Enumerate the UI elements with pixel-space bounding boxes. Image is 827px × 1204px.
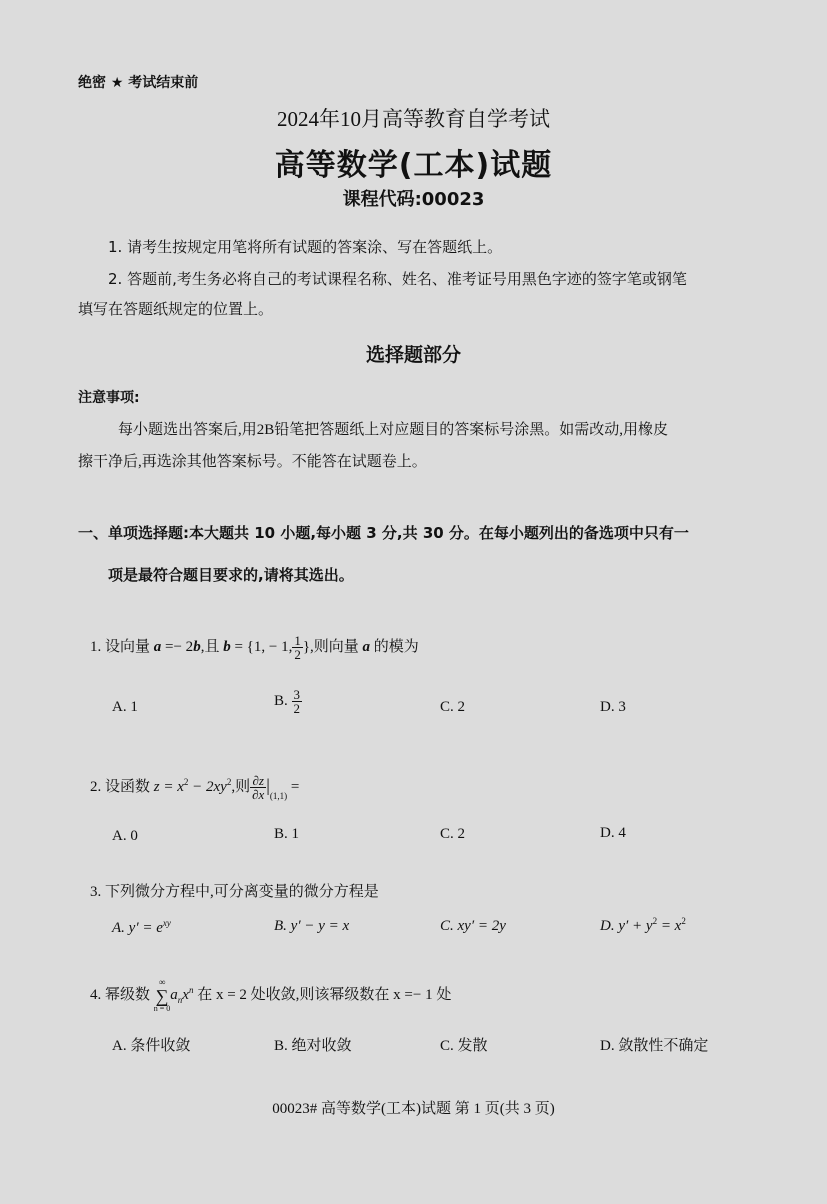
question-number: 4.	[90, 987, 101, 1003]
instruction-2-cont: 填写在答题纸规定的位置上。	[78, 298, 273, 319]
question-number: 3.	[90, 884, 101, 900]
partial-derivative: ∂z∂x	[250, 774, 266, 801]
exam-title: 2024年10月高等教育自学考试	[0, 103, 827, 133]
fraction: 12	[292, 634, 303, 661]
section-title: 选择题部分	[0, 340, 827, 367]
page-footer: 00023# 高等数学(工本)试题 第 1 页(共 3 页)	[0, 1097, 827, 1118]
question-1: 1. 设向量 a =− 2b,且 b = {1, − 1,12},则向量 a 的…	[90, 634, 419, 661]
q1-option-c: C. 2	[440, 699, 465, 716]
question-4: 4. 幂级数 ∞∑n = 0anxn 在 x = 2 处收敛,则该幂级数在 x …	[90, 978, 451, 1013]
fraction: 32	[292, 688, 303, 715]
q4-option-b: B. 绝对收敛	[274, 1034, 352, 1055]
q2-option-b: B. 1	[274, 826, 299, 843]
question-2: 2. 设函数 z = x2 − 2xy2,则∂z∂x|(1,1) =	[90, 774, 299, 801]
q4-option-c: C. 发散	[440, 1034, 488, 1055]
instruction-2: 2. 答题前,考生务必将自己的考试课程名称、姓名、准考证号用黑色字迹的签字笔或钢…	[108, 268, 687, 289]
q2-option-c: C. 2	[440, 826, 465, 843]
q3-option-b: B. y′ − y = x	[274, 918, 349, 935]
q1-option-d: D. 3	[600, 699, 626, 716]
q3-option-a: A. y′ = exy	[112, 918, 171, 937]
part-one-heading: 一、单项选择题:本大题共 10 小题,每小题 3 分,共 30 分。在每小题列出…	[78, 522, 689, 543]
q3-option-d: D. y′ + y2 = x2	[600, 916, 686, 935]
instruction-1: 1. 请考生按规定用笔将所有试题的答案涂、写在答题纸上。	[108, 236, 502, 257]
notice-label: 注意事项:	[78, 387, 140, 407]
notice-line-2: 擦干净后,再选涂其他答案标号。不能答在试题卷上。	[78, 450, 427, 471]
question-3: 3. 下列微分方程中,可分离变量的微分方程是	[90, 880, 379, 901]
q1-option-a: A. 1	[112, 699, 138, 716]
part-one-heading-cont: 项是最符合题目要求的,请将其选出。	[108, 564, 354, 585]
notice-line-1: 每小题选出答案后,用2B铅笔把答题纸上对应题目的答案标号涂黑。如需改动,用橡皮	[118, 418, 668, 439]
confidential-label: 绝密 ★ 考试结束前	[78, 72, 198, 92]
q4-option-a: A. 条件收敛	[112, 1034, 190, 1055]
question-number: 1.	[90, 639, 101, 655]
q2-option-a: A. 0	[112, 828, 138, 845]
q2-option-d: D. 4	[600, 825, 626, 842]
q1-option-b: B. 32	[274, 688, 302, 715]
q3-option-c: C. xy′ = 2y	[440, 918, 506, 935]
summation: ∞∑n = 0	[154, 978, 171, 1013]
q4-option-d: D. 敛散性不确定	[600, 1034, 708, 1055]
course-code: 课程代码:00023	[0, 185, 827, 211]
question-number: 2.	[90, 779, 101, 795]
paper-title: 高等数学(工本)试题	[0, 140, 827, 184]
